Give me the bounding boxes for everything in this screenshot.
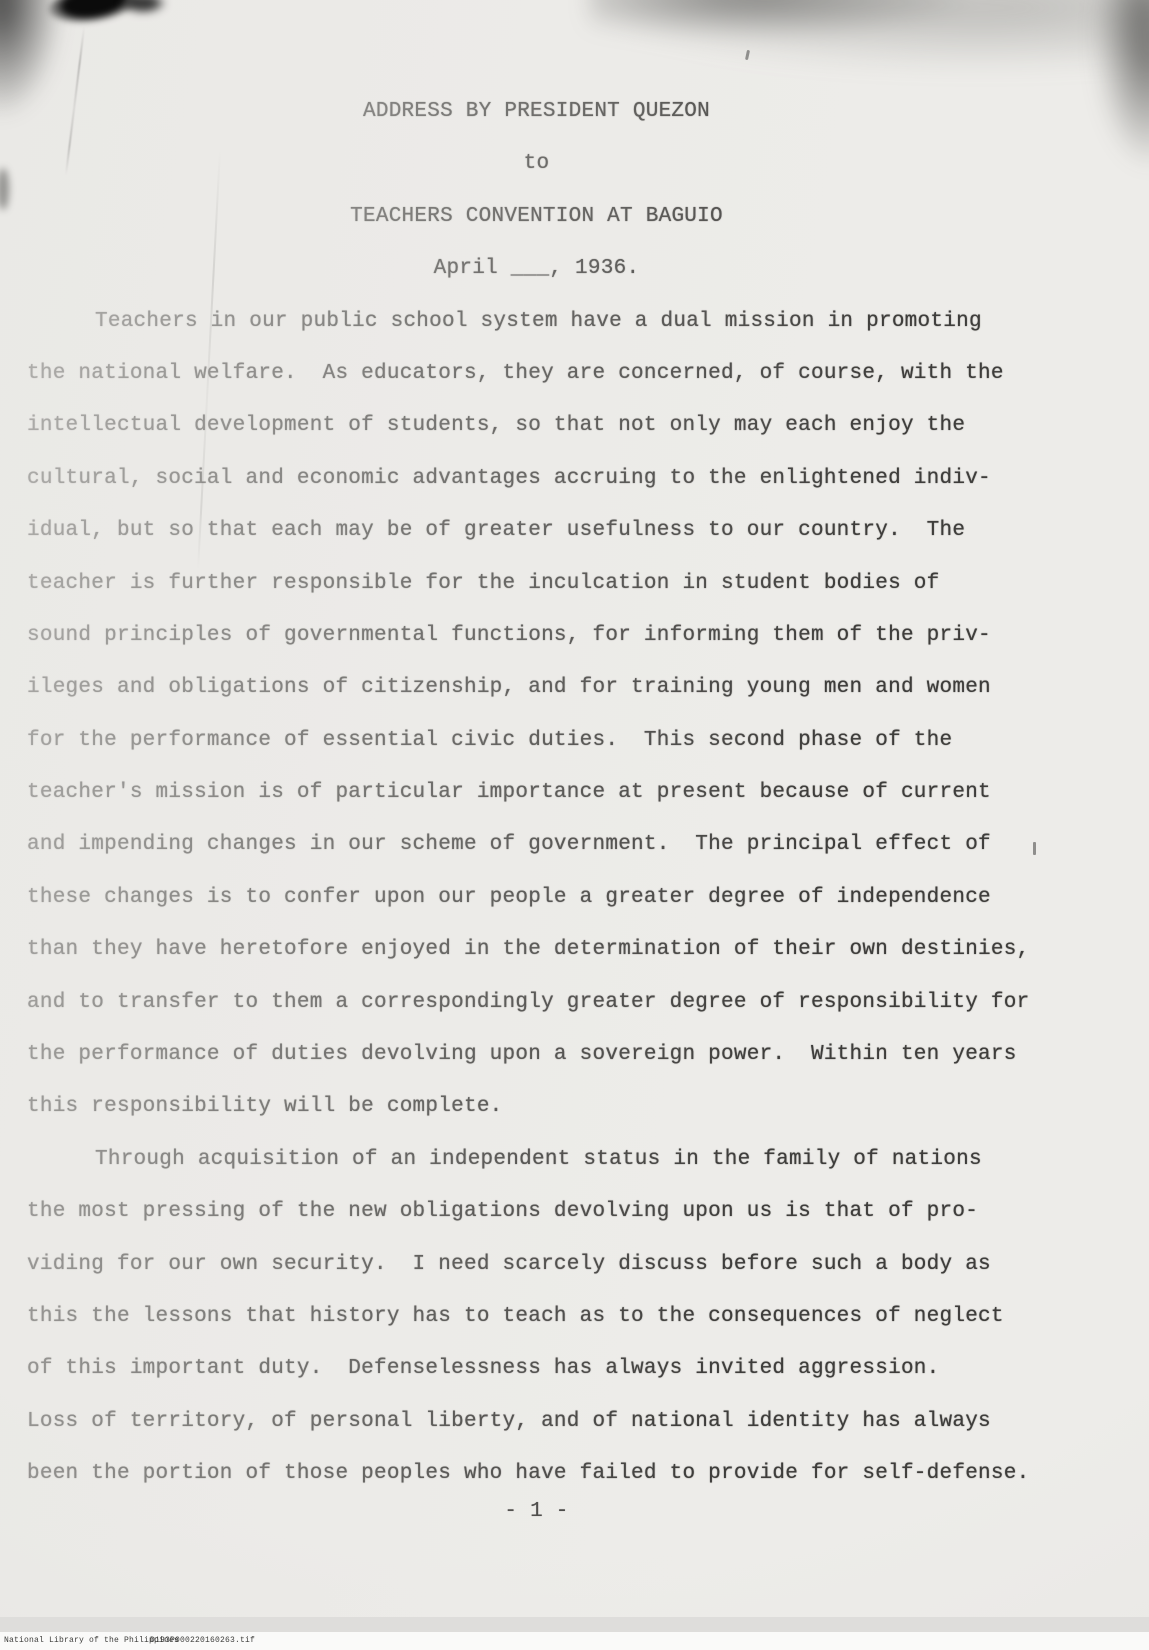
document-date-line: April ___, 1936. xyxy=(27,243,1046,295)
body-line: the most pressing of the new obligations… xyxy=(27,1186,1046,1238)
scanner-footer-bar: National Library of the Philippines D193… xyxy=(0,1632,1149,1650)
body-line: Through acquisition of an independent st… xyxy=(27,1134,1046,1186)
body-line: of this important duty. Defenselessness … xyxy=(27,1343,1046,1395)
body-line: idual, but so that each may be of greate… xyxy=(27,505,1046,557)
edge-mark-artifact xyxy=(0,168,9,210)
body-line: for the performance of essential civic d… xyxy=(27,715,1046,767)
footer-divider-band xyxy=(0,1617,1149,1632)
body-line: this responsibility will be complete. xyxy=(27,1081,1046,1133)
body-line: ileges and obligations of citizenship, a… xyxy=(27,662,1046,714)
document-title-line: ADDRESS BY PRESIDENT QUEZON xyxy=(27,86,1046,138)
body-line: viding for our own security. I need scar… xyxy=(27,1239,1046,1291)
body-line: and to transfer to them a correspondingl… xyxy=(27,977,1046,1029)
document-title-line: to xyxy=(27,138,1046,190)
body-line: teacher's mission is of particular impor… xyxy=(27,767,1046,819)
body-line: cultural, social and economic advantages… xyxy=(27,453,1046,505)
body-line: the performance of duties devolving upon… xyxy=(27,1029,1046,1081)
scanned-document-page: ADDRESS BY PRESIDENT QUEZON to TEACHERS … xyxy=(0,0,1149,1650)
scan-filename: D193P000220160263.tif xyxy=(150,1636,255,1646)
document-title-line: TEACHERS CONVENTION AT BAGUIO xyxy=(27,191,1046,243)
page-number: - 1 - xyxy=(27,1486,1046,1538)
body-line: this the lessons that history has to tea… xyxy=(27,1291,1046,1343)
body-line: the national welfare. As educators, they… xyxy=(27,348,1046,400)
body-line: these changes is to confer upon our peop… xyxy=(27,872,1046,924)
typescript-text-block: ADDRESS BY PRESIDENT QUEZON to TEACHERS … xyxy=(27,0,1046,1501)
body-line: teacher is further responsible for the i… xyxy=(27,558,1046,610)
body-line: and impending changes in our scheme of g… xyxy=(27,819,1046,871)
corner-smear-artifact xyxy=(1093,0,1149,170)
body-line: sound principles of governmental functio… xyxy=(27,610,1046,662)
body-line: Teachers in our public school system hav… xyxy=(27,296,1046,348)
body-line: than they have heretofore enjoyed in the… xyxy=(27,924,1046,976)
body-line: Loss of territory, of personal liberty, … xyxy=(27,1396,1046,1448)
body-line: intellectual development of students, so… xyxy=(27,400,1046,452)
